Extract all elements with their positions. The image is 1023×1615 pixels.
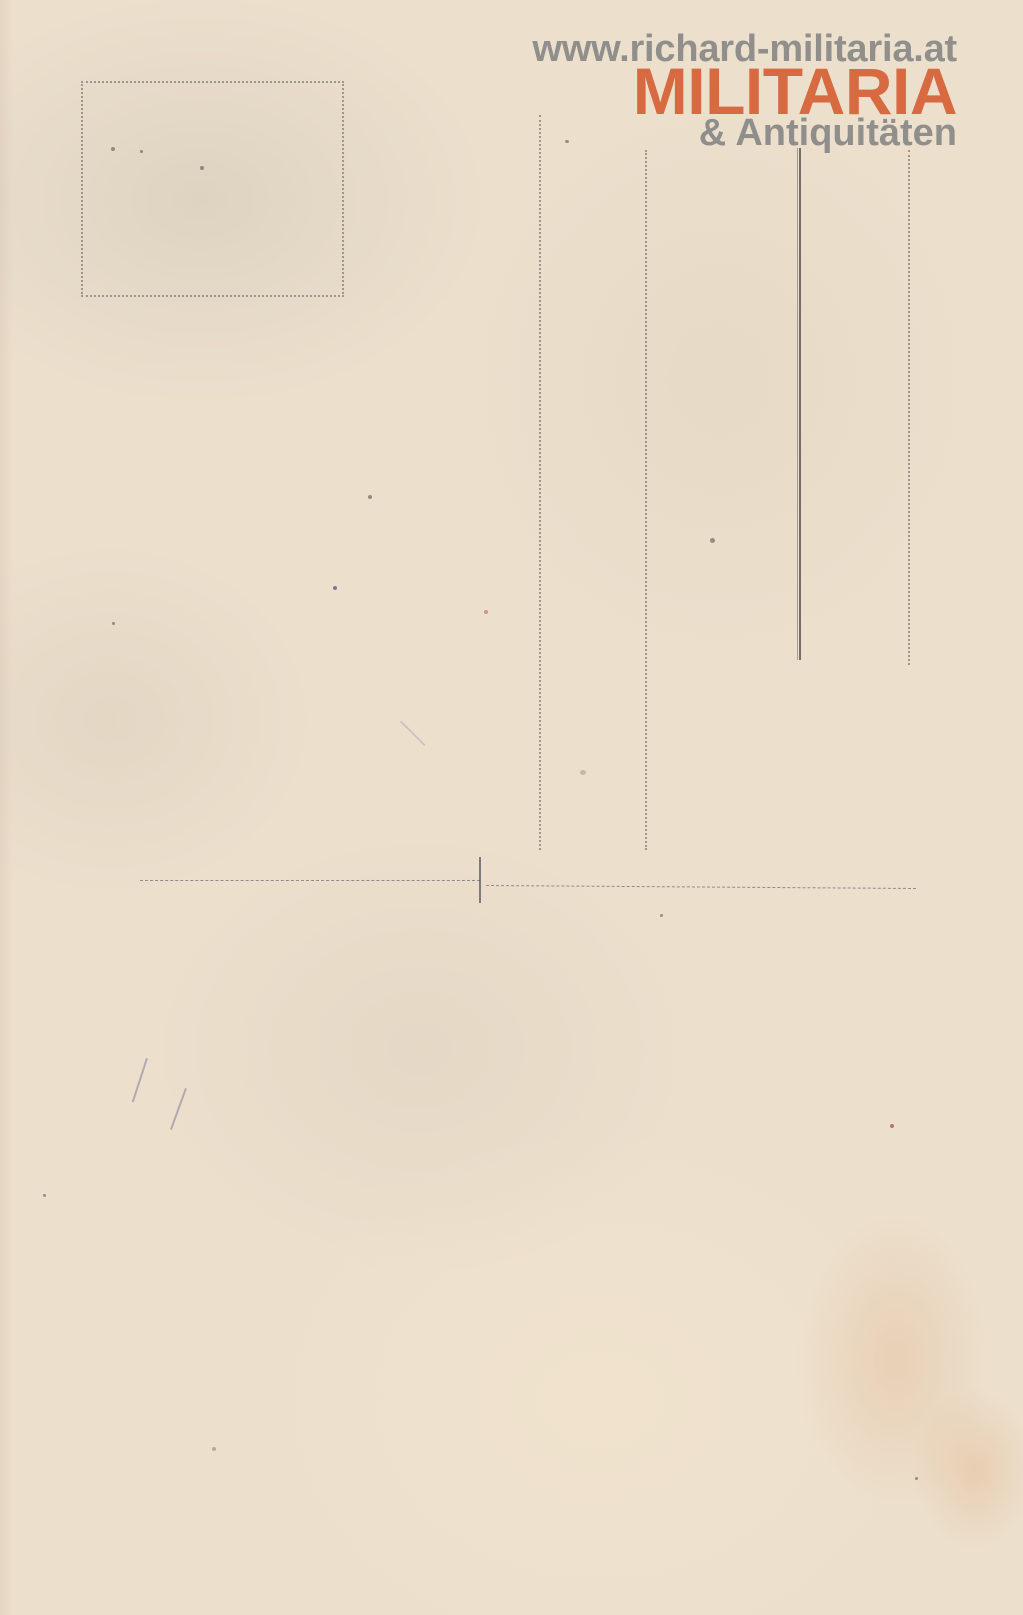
divider-line — [797, 148, 801, 660]
speck — [484, 610, 488, 614]
pencil-mark — [132, 1058, 148, 1102]
pencil-mark — [400, 721, 425, 746]
speck — [915, 1477, 918, 1480]
speck — [660, 914, 663, 917]
speck — [140, 150, 143, 153]
address-guide-line-2 — [645, 150, 647, 850]
speck — [890, 1124, 894, 1128]
horizontal-rule-right — [486, 885, 916, 889]
speck — [43, 1194, 46, 1197]
speck — [580, 770, 586, 775]
speck — [112, 622, 115, 625]
postcard-back: www.richard-militaria.at MILITARIA & Ant… — [0, 0, 1023, 1615]
speck — [333, 586, 337, 590]
address-guide-line-3 — [908, 150, 910, 665]
pencil-mark — [170, 1088, 186, 1130]
speck — [368, 495, 372, 499]
watermark-subtitle: & Antiquitäten — [532, 114, 957, 152]
speck — [200, 166, 204, 170]
watermark: www.richard-militaria.at MILITARIA & Ant… — [532, 30, 957, 152]
speck — [111, 147, 115, 151]
horizontal-rule-left — [140, 880, 480, 881]
stamp-placement-box — [81, 81, 344, 297]
address-guide-line-1 — [539, 115, 541, 850]
center-tick-mark — [479, 857, 481, 903]
speck — [710, 538, 715, 543]
speck — [212, 1447, 216, 1451]
